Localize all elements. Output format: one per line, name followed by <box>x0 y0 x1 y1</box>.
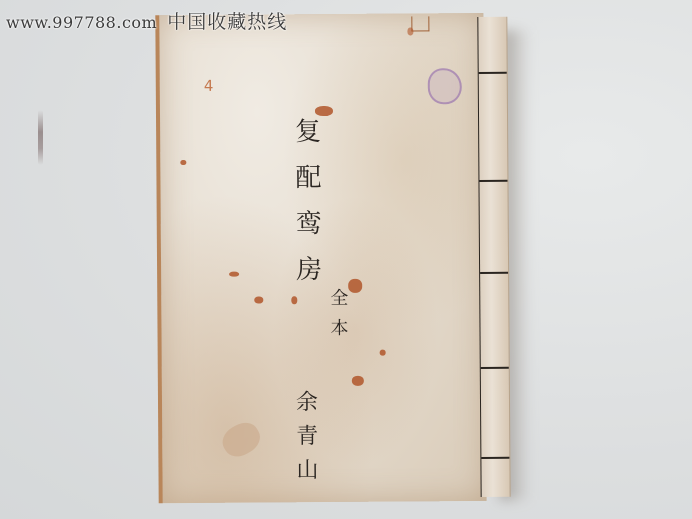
title-char: 房 <box>289 247 329 293</box>
rust-stain <box>180 160 186 165</box>
subtitle-char: 全 <box>324 284 354 314</box>
thread-bound-book: 4 复 配 鸾 房 全 本 余 <box>155 11 508 505</box>
rust-stain <box>254 296 263 303</box>
photo-background: 4 复 配 鸾 房 全 本 余 <box>0 0 692 519</box>
purple-seal-stamp <box>428 68 462 104</box>
book-subtitle: 全 本 <box>324 284 354 344</box>
binding-thread <box>481 367 509 369</box>
binding-thread <box>481 457 509 459</box>
book-author: 余 青 山 <box>289 386 326 488</box>
site-watermark: www.997788.com中国收藏热线 <box>6 7 287 34</box>
binding-thread <box>480 272 508 274</box>
book-cover: 4 复 配 鸾 房 全 本 余 <box>155 13 486 503</box>
book-spine <box>477 17 510 497</box>
rust-stain <box>407 27 413 35</box>
rust-stain <box>352 376 364 386</box>
wall-scuff <box>38 110 43 165</box>
page-mark: 4 <box>204 77 214 95</box>
rust-stain <box>291 296 297 304</box>
author-char: 余 <box>289 386 325 420</box>
binding-thread <box>479 180 507 182</box>
corner-mark <box>411 16 429 31</box>
water-stain <box>217 417 265 462</box>
title-char: 复 <box>288 109 328 155</box>
watermark-site-name: 中国收藏热线 <box>167 11 287 33</box>
book-title: 复 配 鸾 房 <box>288 109 329 293</box>
title-char: 配 <box>288 155 328 201</box>
subtitle-char: 本 <box>324 314 354 344</box>
author-char: 青 <box>289 420 325 454</box>
rust-stain <box>229 272 239 277</box>
author-char: 山 <box>289 454 325 488</box>
watermark-url: www.997788.com <box>6 13 157 32</box>
title-char: 鸾 <box>289 201 329 247</box>
binding-thread <box>479 72 507 74</box>
rust-stain <box>380 350 386 356</box>
